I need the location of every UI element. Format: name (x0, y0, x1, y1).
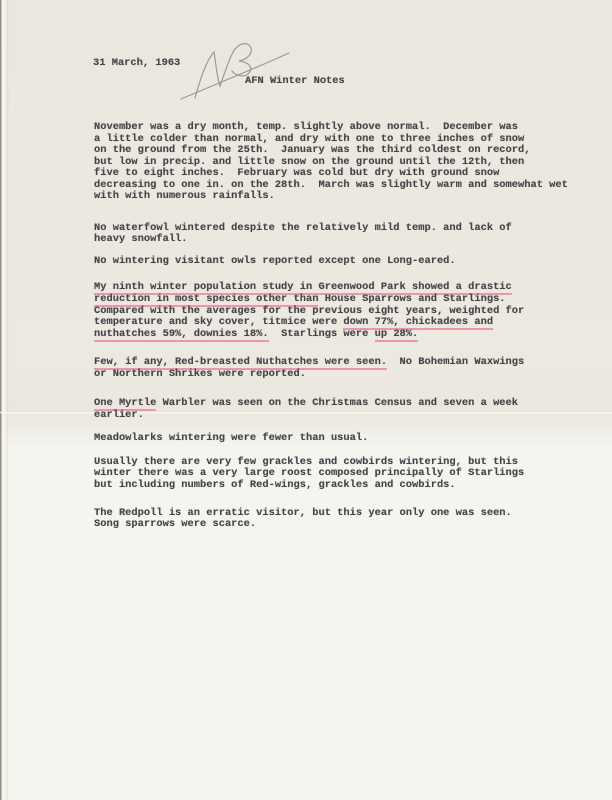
text-segment: heavy snowfall. (94, 233, 188, 245)
scanned-letter: { "theme":{ "paper_top":"#eae7de", "pape… (0, 0, 612, 800)
text-segment: or Northern Shrikes were reported. (94, 368, 306, 380)
underlined-text: nuthatches 59%, downies 18%. (94, 328, 269, 342)
text-line: One Myrtle Warbler was seen on the Chris… (94, 398, 594, 410)
text-segment: Warbler was seen on the Christmas Census… (156, 397, 518, 409)
text-line: nuthatches 59%, downies 18%. Starlings w… (94, 329, 594, 341)
text-line: No wintering visitant owls reported exce… (94, 256, 594, 268)
paragraph: Usually there are very few grackles and … (94, 457, 594, 492)
paragraph: My ninth winter population study in Gree… (94, 282, 594, 340)
text-segment: on the ground from the 25th. January was… (94, 144, 530, 156)
text-segment: with with numerous rainfalls. (94, 190, 275, 202)
text-segment: Starlings were (269, 328, 375, 340)
paragraph: No wintering visitant owls reported exce… (94, 256, 594, 268)
page-scan-edge (0, 0, 9, 800)
text-segment: decreasing to one in. on the 28th. March… (94, 179, 568, 191)
handwritten-initials-icon (175, 40, 305, 108)
text-segment: winter there was a very large roost comp… (94, 467, 524, 479)
text-segment: Meadowlarks wintering were fewer than us… (94, 432, 368, 444)
paragraph: One Myrtle Warbler was seen on the Chris… (94, 398, 594, 421)
date-line: 31 March, 1963 (93, 58, 180, 70)
text-line: or Northern Shrikes were reported. (94, 369, 594, 381)
text-line: with with numerous rainfalls. (94, 191, 594, 203)
text-segment: a little colder than normal, and dry wit… (94, 133, 524, 145)
text-segment: Song sparrows were scarce. (94, 518, 256, 530)
text-segment: but including numbers of Red-wings, grac… (94, 479, 456, 491)
paragraph: November was a dry month, temp. slightly… (94, 122, 594, 203)
text-segment: five to eight inches. February was cold … (94, 167, 499, 179)
paragraph: No waterfowl wintered despite the relati… (94, 223, 594, 246)
underlined-text: up 28%. (375, 328, 419, 342)
text-segment: The Redpoll is an erratic visitor, but t… (94, 507, 512, 519)
text-segment: No Bohemian Waxwings (387, 356, 524, 368)
paragraph: The Redpoll is an erratic visitor, but t… (94, 508, 594, 531)
document-title: AFN Winter Notes (245, 76, 345, 88)
text-line: but including numbers of Red-wings, grac… (94, 480, 594, 492)
text-segment: but low in precip. and little snow on th… (94, 156, 524, 168)
paragraph: Meadowlarks wintering were fewer than us… (94, 433, 594, 445)
text-segment: November was a dry month, temp. slightly… (94, 121, 518, 133)
text-segment: temperature and sky cover, titmice were (94, 316, 343, 328)
paragraph: Few, if any, Red-breasted Nuthatches wer… (94, 357, 594, 380)
text-segment: Compared with the averages for the previ… (94, 305, 524, 317)
text-line: earlier. (94, 410, 594, 422)
text-line: Meadowlarks wintering were fewer than us… (94, 433, 594, 445)
text-line: Song sparrows were scarce. (94, 519, 594, 531)
text-segment: No wintering visitant owls reported exce… (94, 255, 456, 267)
text-segment: earlier. (94, 409, 144, 421)
text-segment: House Sparrows and Starlings. (318, 293, 505, 305)
text-line: heavy snowfall. (94, 234, 594, 246)
document-body: November was a dry month, temp. slightly… (94, 122, 594, 531)
